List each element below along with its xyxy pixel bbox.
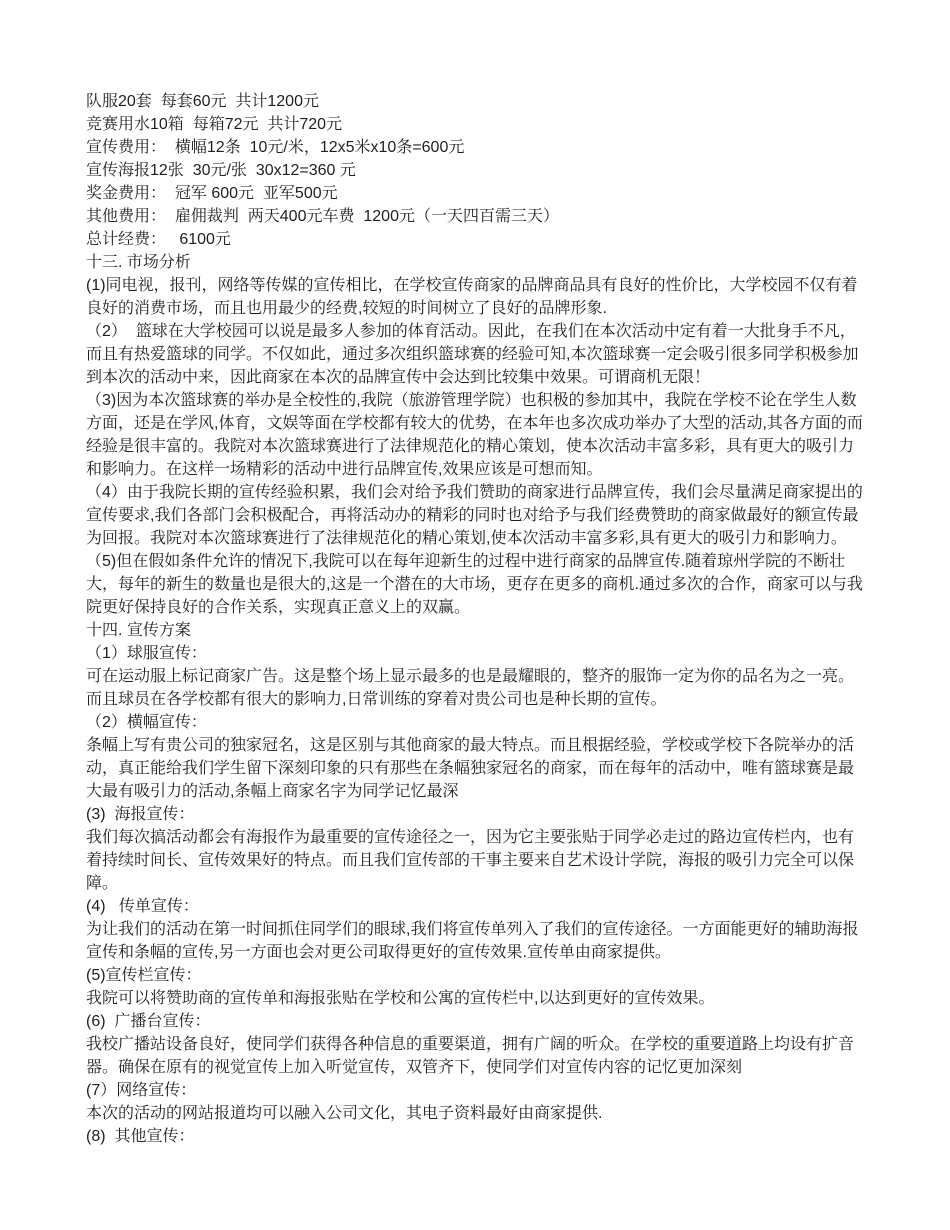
promo-item-1-body: 可在运动服上标记商家广告。这是整个场上显示最多的也是最耀眼的，整齐的服饰一定为你… (86, 665, 868, 711)
budget-line-prize-money: 奖金费用： 冠军 600元 亚军500元 (86, 182, 868, 205)
promo-item-7-title: (7）网络宣传： (86, 1079, 868, 1102)
promo-item-2-title: （2）横幅宣传： (86, 711, 868, 734)
promo-item-6-body: 我校广播站设备良好，使同学们获得各种信息的重要渠道，拥有广阔的听众。在学校的重要… (86, 1033, 868, 1079)
budget-line-poster-cost: 宣传海报12张 30元/张 30x12=360 元 (86, 159, 868, 182)
budget-line-total: 总计经费： 6100元 (86, 228, 868, 251)
budget-line-banner-cost: 宣传费用： 横幅12条 10元/米，12x5米x10条=600元 (86, 136, 868, 159)
section-14-heading: 十四. 宣传方案 (86, 619, 868, 642)
budget-line-team-uniform: 队服20套 每套60元 共计1200元 (86, 90, 868, 113)
market-analysis-point-1: (1)同电视，报刊，网络等传媒的宣传相比，在学校宣传商家的品牌商品具有良好的性价… (86, 274, 868, 320)
promo-item-3-title: (3) 海报宣传： (86, 803, 868, 826)
document-page: 队服20套 每套60元 共计1200元 竞赛用水10箱 每箱72元 共计720元… (0, 0, 950, 1230)
promo-item-1-title: （1）球服宣传： (86, 642, 868, 665)
promo-item-6-title: (6) 广播台宣传： (86, 1010, 868, 1033)
section-13-heading: 十三. 市场分析 (86, 251, 868, 274)
document-content: 队服20套 每套60元 共计1200元 竞赛用水10箱 每箱72元 共计720元… (86, 90, 868, 1148)
promo-item-2-body: 条幅上写有贵公司的独家冠名，这是区别与其他商家的最大特点。而且根据经验，学校或学… (86, 734, 868, 803)
promo-item-5-title: (5)宣传栏宣传： (86, 964, 868, 987)
promo-item-4-body: 为让我们的活动在第一时间抓住同学们的眼球,我们将宣传单列入了我们的宣传途径。一方… (86, 918, 868, 964)
promo-item-8-title: (8) 其他宣传： (86, 1125, 868, 1148)
market-analysis-point-3: （3)因为本次篮球赛的举办是全校性的,我院（旅游管理学院）也积极的参加其中，我院… (86, 389, 868, 481)
promo-item-5-body: 我院可以将赞助商的宣传单和海报张贴在学校和公寓的宣传栏中,以达到更好的宣传效果。 (86, 987, 868, 1010)
budget-line-other-costs: 其他费用： 雇佣裁判 两天400元车费 1200元（一天四百需三天） (86, 205, 868, 228)
market-analysis-point-2: （2） 篮球在大学校园可以说是最多人参加的体育活动。因此，在我们在本次活动中定有… (86, 320, 868, 389)
budget-line-competition-water: 竞赛用水10箱 每箱72元 共计720元 (86, 113, 868, 136)
promo-item-7-body: 本次的活动的网站报道均可以融入公司文化，其电子资料最好由商家提供. (86, 1102, 868, 1125)
market-analysis-point-4-5: （4）由于我院长期的宣传经验积累，我们会对给予我们赞助的商家进行品牌宣传，我们会… (86, 481, 868, 619)
promo-item-3-body: 我们每次搞活动都会有海报作为最重要的宣传途径之一，因为它主要张贴于同学必走过的路… (86, 826, 868, 895)
promo-item-4-title: (4) 传单宣传： (86, 895, 868, 918)
